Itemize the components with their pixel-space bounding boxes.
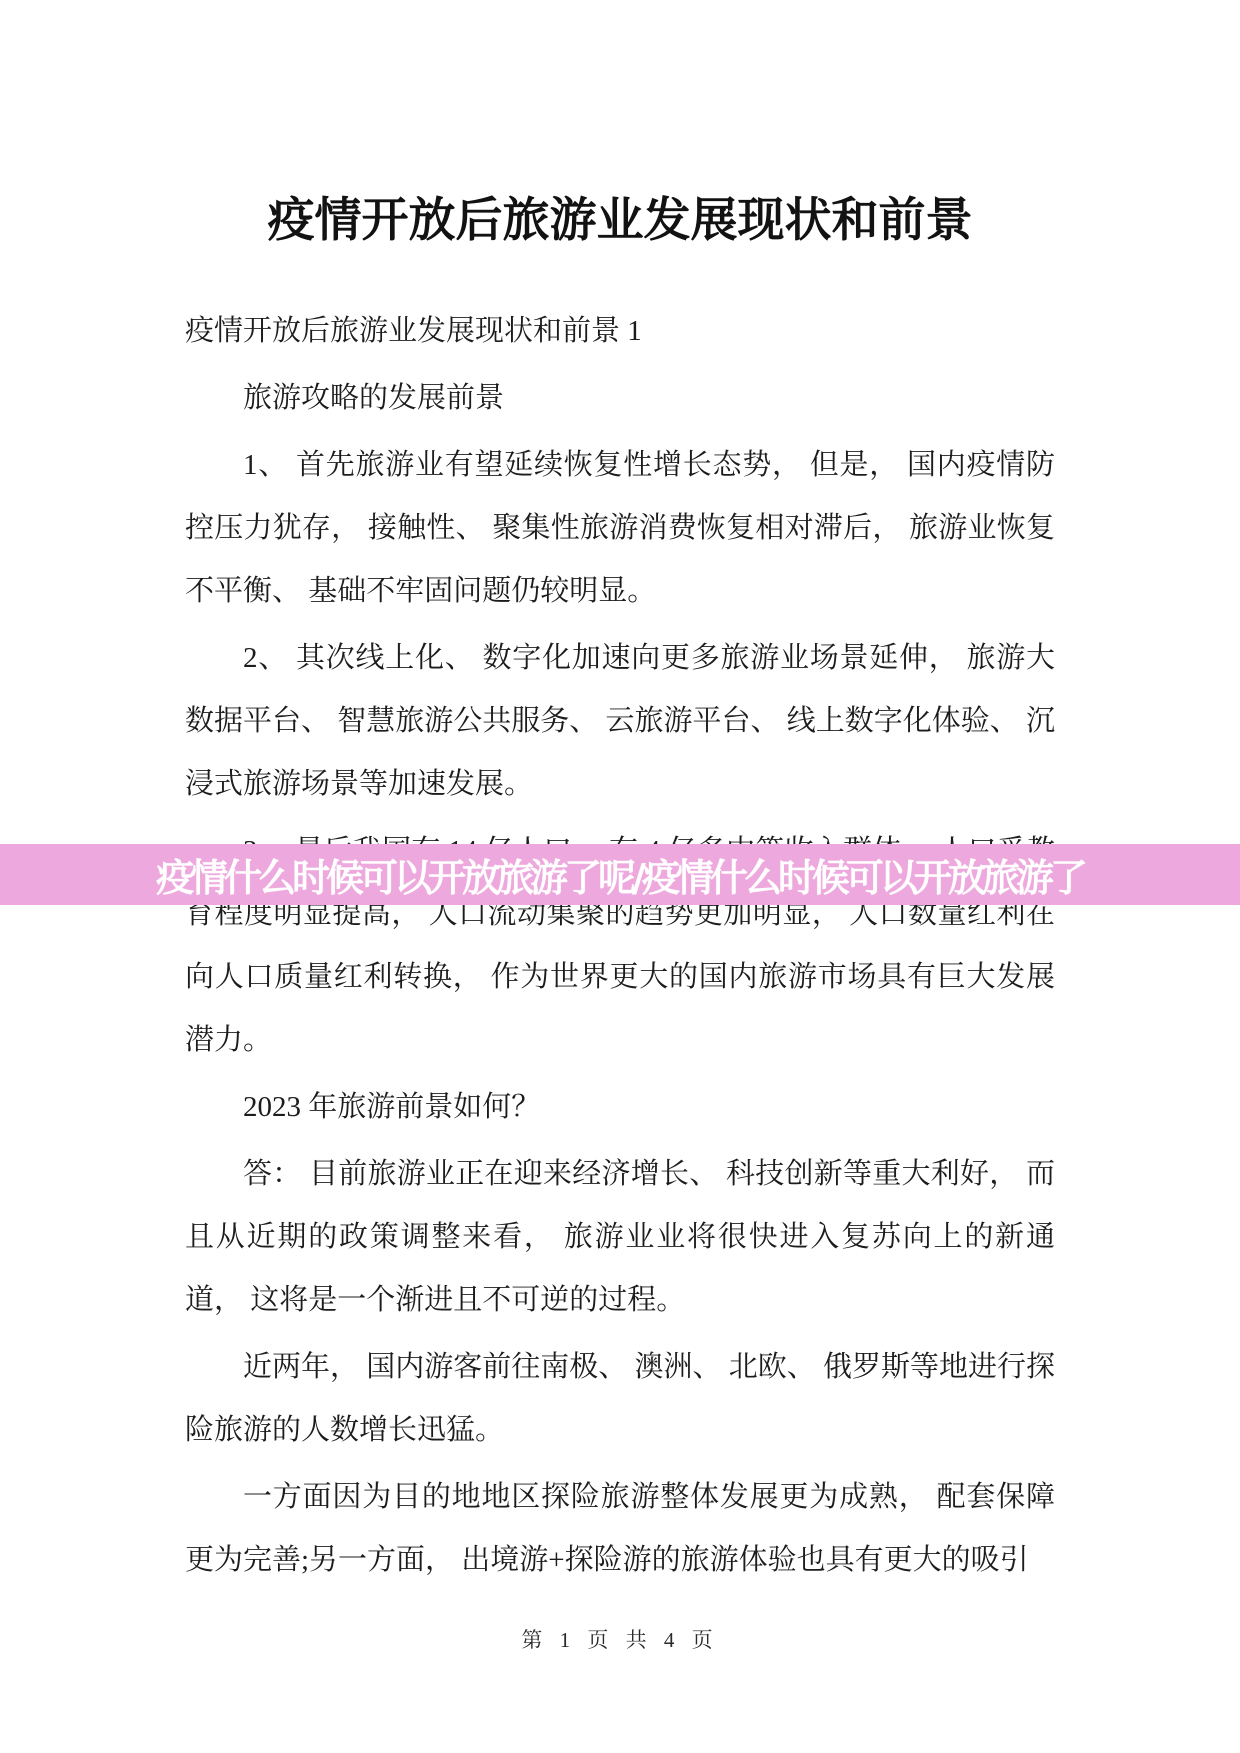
document-title: 疫情开放后旅游业发展现状和前景 — [0, 192, 1240, 250]
document-paragraph: 旅游攻略的发展前景 — [185, 367, 1055, 430]
document-paragraph: 一方面因为目的地地区探险旅游整体发展更为成熟， 配套保障更为完善;另一方面， 出… — [185, 1466, 1055, 1592]
document-paragraph: 2、 其次线上化、 数字化加速向更多旅游业场景延伸， 旅游大数据平台、 智慧旅游… — [185, 627, 1055, 816]
page-footer: 第 1 页 共 4 页 — [0, 1624, 1240, 1654]
document-paragraph: 疫情开放后旅游业发展现状和前景 1 — [185, 300, 1055, 363]
document-paragraph: 答： 目前旅游业正在迎来经济增长、 科技创新等重大利好， 而且从近期的政策调整来… — [185, 1143, 1055, 1332]
document-paragraph: 2023 年旅游前景如何？ — [185, 1076, 1055, 1139]
document-body: 疫情开放后旅游业发展现状和前景 1 旅游攻略的发展前景 1、 首先旅游业有望延续… — [185, 300, 1055, 1596]
document-page: 疫情开放后旅游业发展现状和前景 疫情开放后旅游业发展现状和前景 1 旅游攻略的发… — [0, 0, 1240, 1753]
document-paragraph: 1、 首先旅游业有望延续恢复性增长态势， 但是， 国内疫情防控压力犹存， 接触性… — [185, 434, 1055, 623]
document-paragraph: 近两年， 国内游客前往南极、 澳洲、 北欧、 俄罗斯等地进行探险旅游的人数增长迅… — [185, 1336, 1055, 1462]
banner-title: 疫情什么时候可以开放旅游了呢/疫情什么时候可以开放旅游了 — [156, 847, 1084, 902]
page-number-text: 第 1 页 共 4 页 — [521, 1628, 718, 1652]
overlay-banner: 疫情什么时候可以开放旅游了呢/疫情什么时候可以开放旅游了 — [0, 844, 1240, 905]
